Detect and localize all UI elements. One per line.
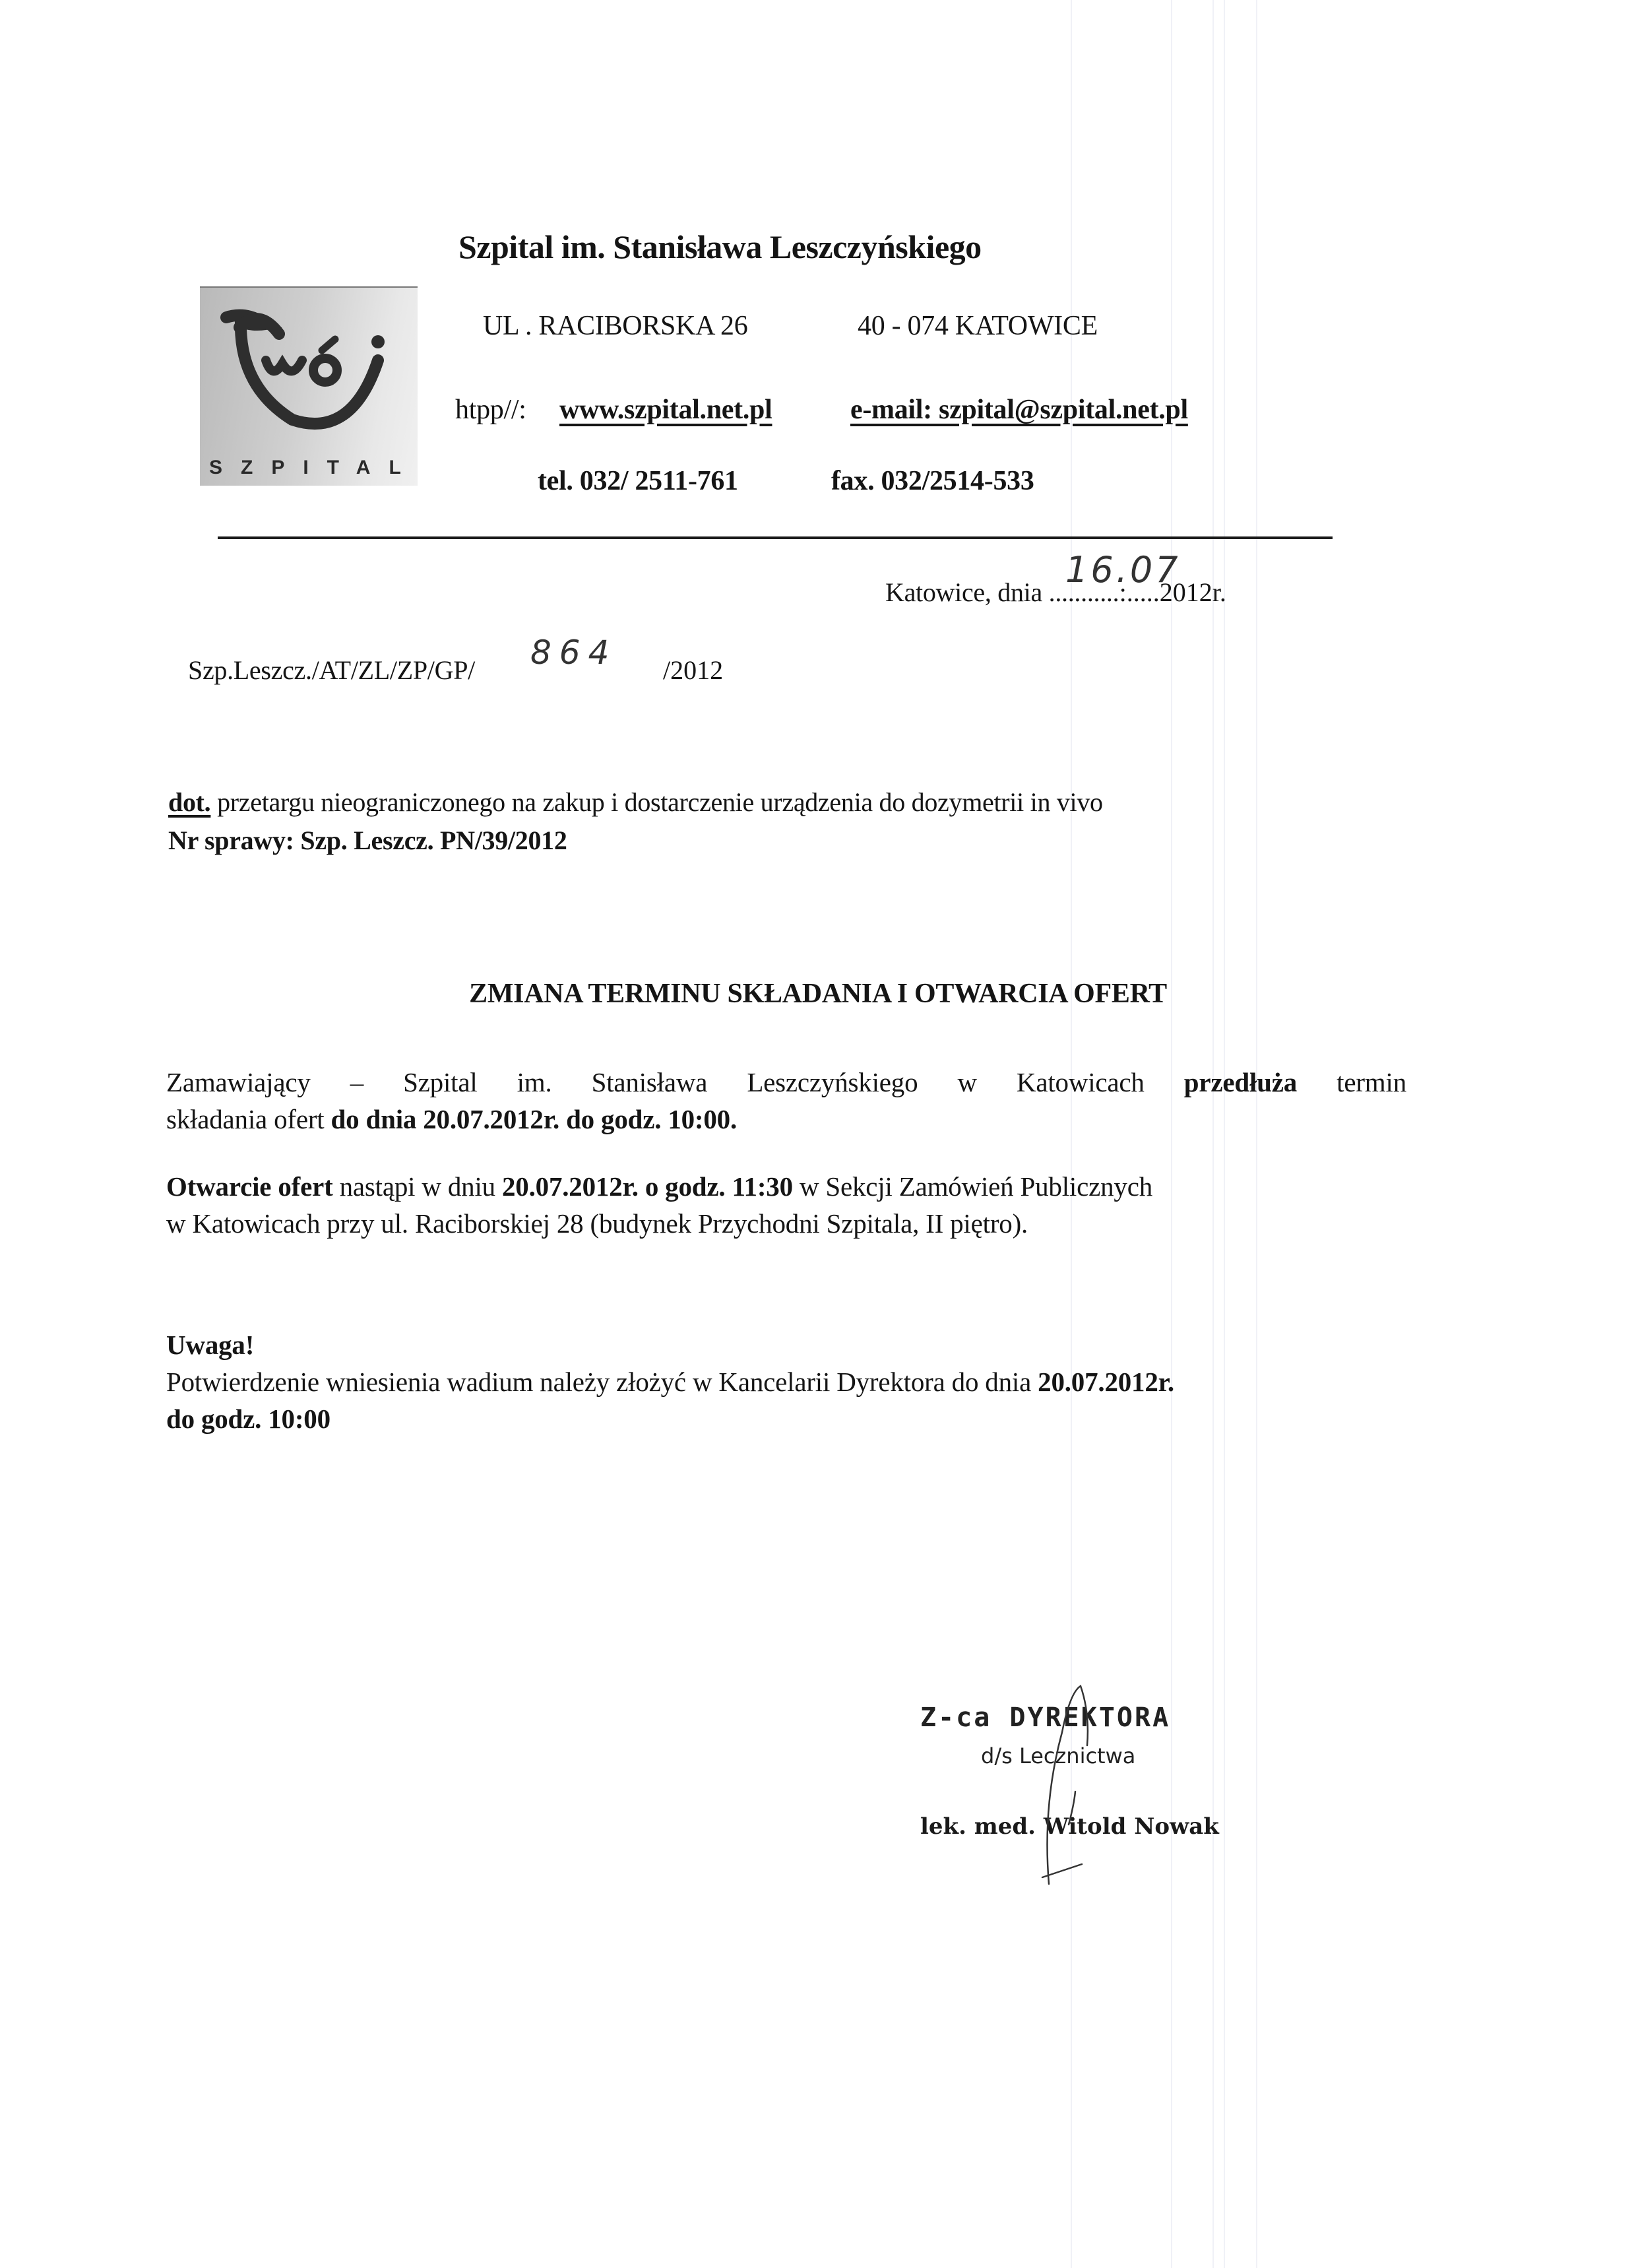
paragraph-deadline-extension: Zamawiający – Szpital im. Stanisława Les…	[166, 1064, 1406, 1138]
paragraph-line: w Katowicach przy ul. Raciborskiej 28 (b…	[166, 1205, 1406, 1242]
bold-segment: przedłuża	[1184, 1067, 1297, 1097]
handwritten-date: 16.07	[1065, 549, 1181, 591]
fax-number: fax. 032/2514-533	[831, 465, 1034, 497]
bold-segment: do dnia 20.07.2012r. do godz. 10:00.	[331, 1104, 738, 1134]
case-number: Nr sprawy: Szp. Leszcz. PN/39/2012	[168, 825, 567, 856]
address-city: 40 - 074 KATOWICE	[858, 310, 1098, 342]
text-segment: Potwierdzenie wniesienia wadium należy z…	[166, 1367, 1038, 1397]
email-link[interactable]: e-mail: szpital@szpital.net.pl	[850, 394, 1188, 426]
subject-line: dot. przetargu nieograniczonego na zakup…	[168, 787, 1103, 818]
phone-number: tel. 032/ 2511-761	[538, 465, 738, 497]
text-segment: składania ofert	[166, 1104, 331, 1134]
bold-segment: 20.07.2012r. o godz. 11:30	[502, 1171, 793, 1202]
handwritten-reference-number: 864	[530, 633, 617, 672]
note-title: Uwaga!	[166, 1326, 1406, 1363]
document-heading: ZMIANA TERMINU SKŁADANIA I OTWARCIA OFER…	[0, 978, 1636, 1010]
website-link[interactable]: www.szpital.net.pl	[559, 394, 772, 426]
web-label: htpp//:	[455, 394, 526, 426]
note-section: Uwaga! Potwierdzenie wniesienia wadium n…	[166, 1326, 1406, 1437]
bold-segment: 20.07.2012r.	[1038, 1367, 1174, 1397]
paragraph-line: do godz. 10:00	[166, 1400, 1406, 1437]
reference-prefix: Szp.Leszcz./AT/ZL/ZP/GP/	[188, 655, 475, 686]
bold-segment: do godz. 10:00	[166, 1404, 330, 1434]
logo-wordmark: SZPITAL	[209, 457, 412, 479]
hospital-name: Szpital im. Stanisława Leszczyńskiego	[458, 228, 982, 266]
text-segment: termin	[1297, 1067, 1406, 1097]
paragraph-line: Potwierdzenie wniesienia wadium należy z…	[166, 1363, 1406, 1400]
paragraph-bid-opening: Otwarcie ofert nastąpi w dniu 20.07.2012…	[166, 1168, 1406, 1242]
subject-label: dot.	[168, 787, 210, 817]
address-street: UL . RACIBORSKA 26	[483, 310, 747, 342]
letterhead-divider	[218, 536, 1333, 539]
bold-segment: Otwarcie ofert	[166, 1171, 333, 1202]
paragraph-line: Otwarcie ofert nastąpi w dniu 20.07.2012…	[166, 1168, 1406, 1205]
text-segment: nastąpi w dniu	[333, 1171, 502, 1202]
text-segment: w Sekcji Zamówień Publicznych	[793, 1171, 1152, 1202]
reference-suffix: /2012	[663, 655, 723, 686]
smile-logo-icon	[200, 288, 418, 446]
text-segment: Zamawiający – Szpital im. Stanisława Les…	[166, 1067, 1184, 1097]
paragraph-line: Zamawiający – Szpital im. Stanisława Les…	[166, 1064, 1406, 1101]
handwritten-signature-icon	[1029, 1673, 1108, 1897]
bold-segment: Uwaga!	[166, 1330, 254, 1360]
subject-text: przetargu nieograniczonego na zakup i do…	[210, 787, 1102, 817]
hospital-logo: SZPITAL	[200, 286, 418, 486]
